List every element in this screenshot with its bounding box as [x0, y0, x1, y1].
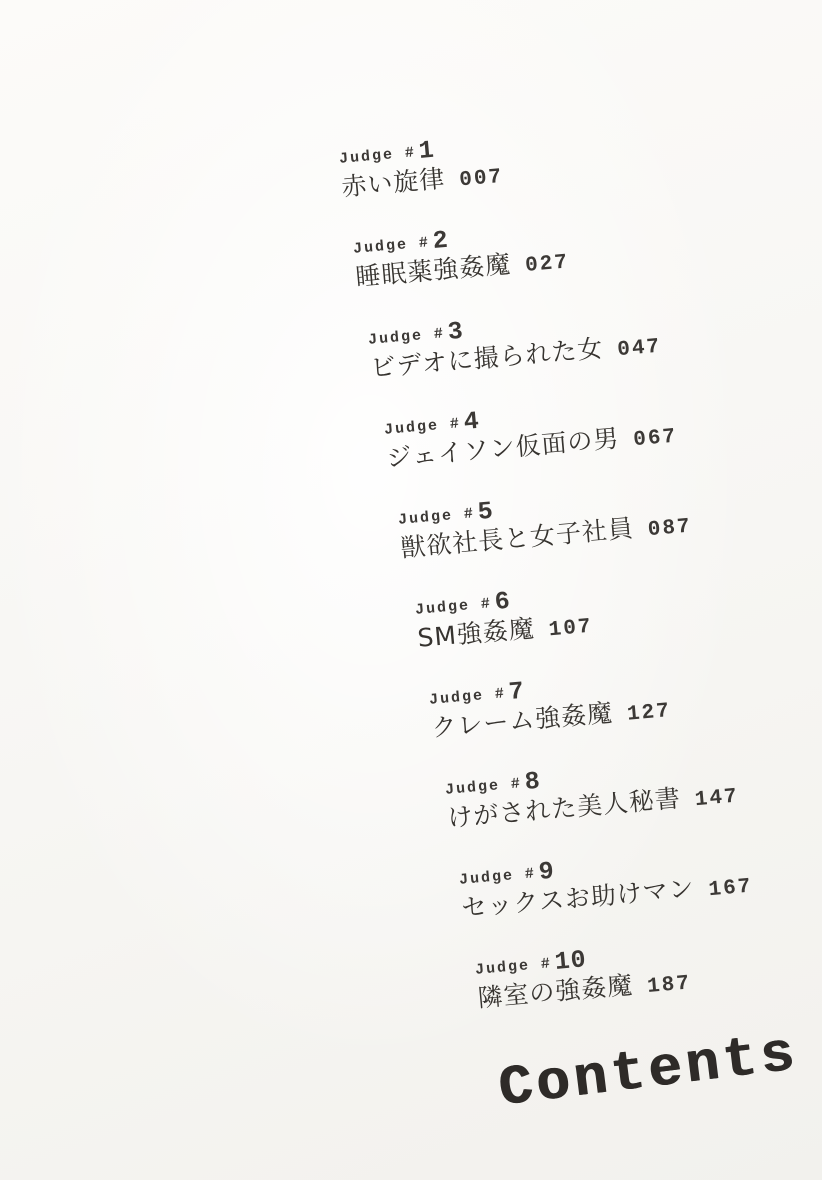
- judge-word: Judge #: [428, 685, 506, 709]
- page-number: 087: [647, 515, 693, 542]
- toc-entry: Judge #6 SM強姦魔107: [414, 582, 594, 655]
- chapter-number: 2: [432, 228, 450, 254]
- judge-word: Judge #: [397, 505, 475, 529]
- page-number: 067: [633, 425, 679, 452]
- page-number: 007: [459, 166, 505, 193]
- chapter-number: 9: [538, 859, 556, 885]
- judge-word: Judge #: [383, 415, 461, 439]
- page-number: 027: [524, 251, 570, 278]
- chapter-number: 5: [477, 499, 495, 525]
- contents-title: Contents: [495, 1021, 801, 1121]
- chapter-title: 赤い旋律: [340, 164, 446, 202]
- toc-entry: Judge #5 獣欲社長と女子社員087: [397, 482, 693, 565]
- chapter-number: 3: [447, 319, 465, 345]
- toc-entry: Judge #1 赤い旋律007: [338, 132, 504, 204]
- chapter-number: 6: [494, 589, 512, 615]
- toc-entry: Judge #9 セックスお助けマン167: [458, 842, 754, 925]
- toc-entry: Judge #3 ビデオに撮られた女047: [367, 302, 662, 385]
- judge-word: Judge #: [444, 775, 522, 799]
- judge-word: Judge #: [474, 955, 552, 979]
- judge-word: Judge #: [338, 144, 416, 168]
- chapter-number: 4: [463, 409, 481, 435]
- toc-entry: Judge #10 隣室の強姦魔187: [474, 938, 692, 1015]
- judge-word: Judge #: [367, 325, 445, 349]
- chapter-number: 7: [508, 679, 526, 705]
- page-number: 047: [617, 335, 663, 362]
- toc-page: Judge #1 赤い旋律007 Judge #2 睡眠薬強姦魔027 Judg…: [0, 0, 822, 1180]
- toc-entry: Judge #2 睡眠薬強姦魔027: [352, 217, 570, 294]
- page-number: 147: [694, 785, 740, 812]
- judge-word: Judge #: [458, 865, 536, 889]
- judge-word: Judge #: [352, 234, 430, 258]
- page-number: 107: [548, 616, 594, 643]
- judge-word: Judge #: [414, 595, 492, 619]
- chapter-number: 8: [524, 769, 542, 795]
- page-number: 187: [646, 972, 692, 999]
- toc-entry: Judge #8 けがされた美人秘書147: [444, 752, 740, 835]
- toc-entry: Judge #4 ジェイソン仮面の男067: [383, 392, 678, 475]
- chapter-number: 1: [418, 138, 436, 164]
- page-number: 127: [626, 700, 672, 727]
- toc-entry: Judge #7 クレーム強姦魔127: [428, 666, 672, 745]
- page-number: 167: [708, 875, 754, 902]
- chapter-number: 10: [554, 947, 588, 975]
